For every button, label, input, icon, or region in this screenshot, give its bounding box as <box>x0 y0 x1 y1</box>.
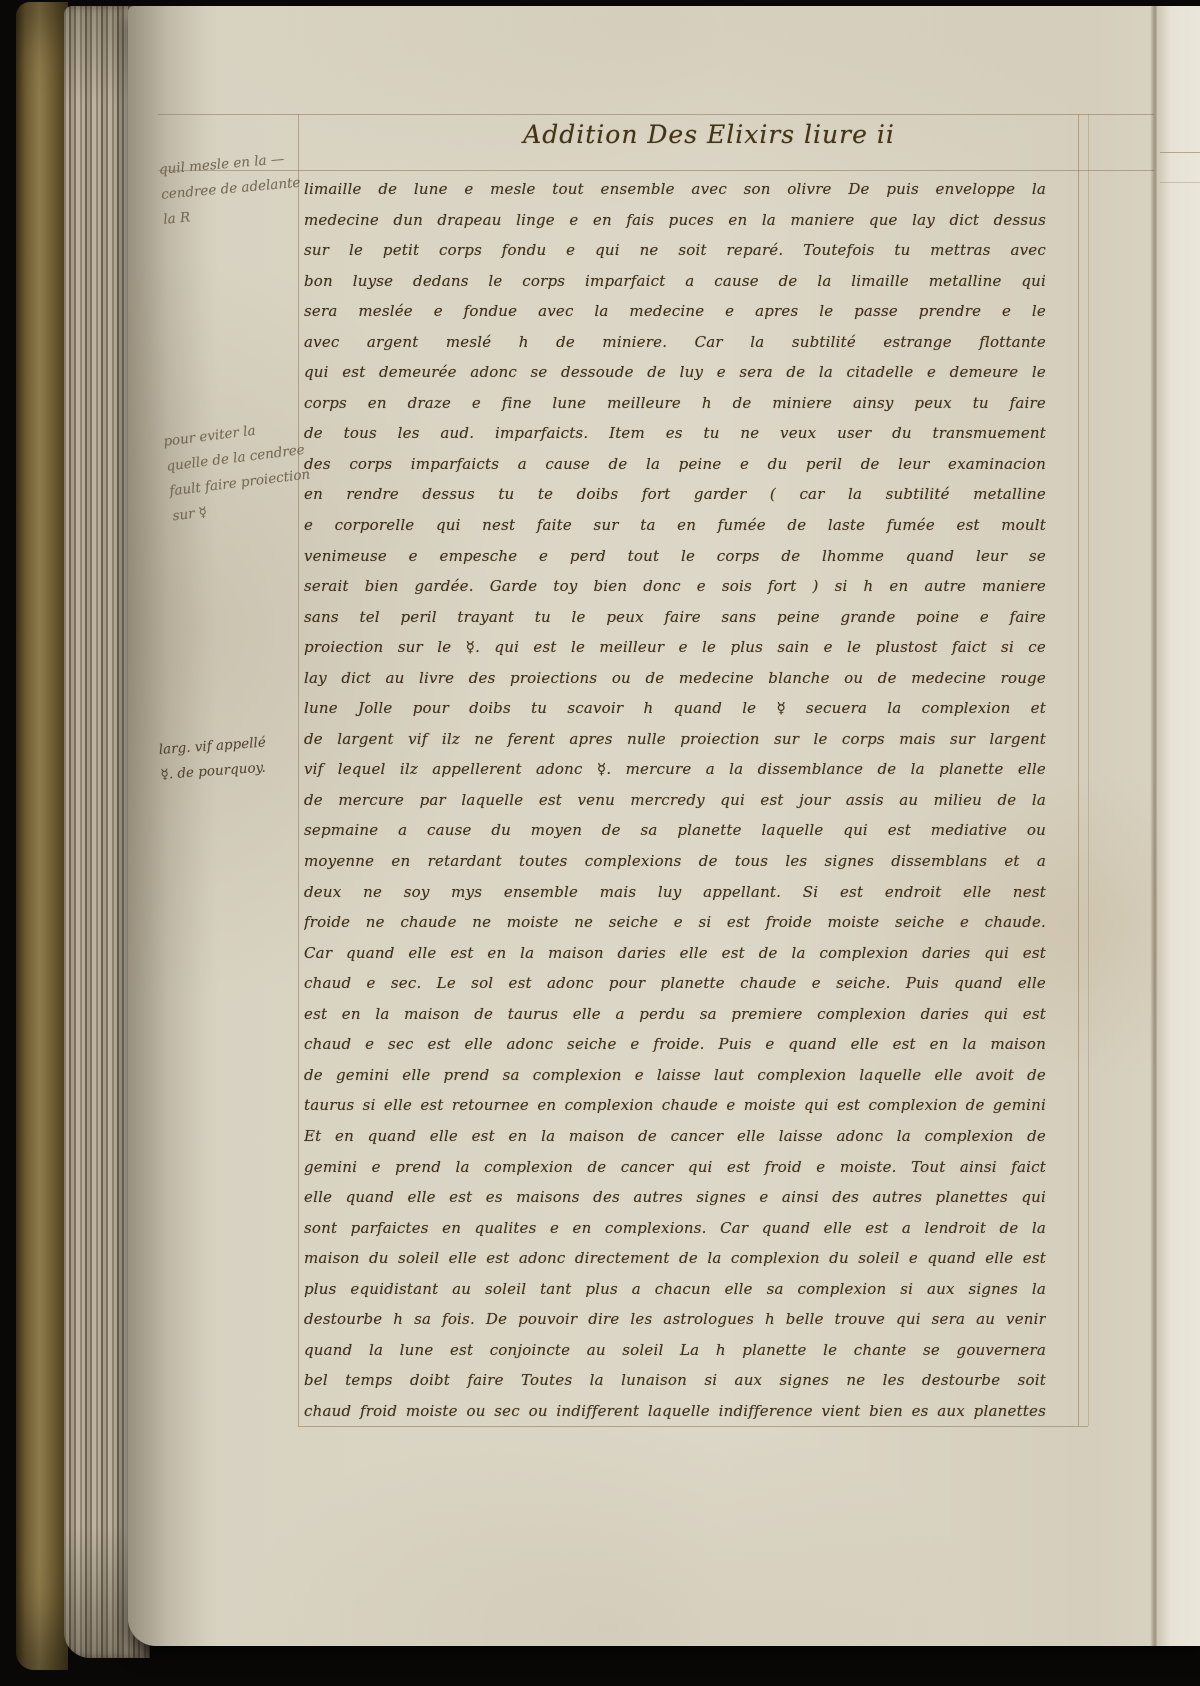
manuscript-line: taurus si elle est retournee en complexi… <box>304 1090 1046 1121</box>
page-header-title: Addition Des Elixirs liure ii <box>303 120 1045 170</box>
manuscript-line: sur le petit corps fondu e qui ne soit r… <box>304 235 1046 266</box>
manuscript-line: sont parfaictes en qualites e en complex… <box>304 1213 1046 1244</box>
main-text-block: limaille de lune e mesle tout ensemble a… <box>304 174 1046 1426</box>
manuscript-line: sera meslée e fondue avec la medecine e … <box>304 296 1046 327</box>
margin-annotation-3: larg. vif appellé☿. de pourquoy. <box>158 731 268 788</box>
manuscript-line: chaud e sec. Le sol est adonc pour plane… <box>304 968 1046 999</box>
manuscript-line: medecine dun drapeau linge e en fais puc… <box>304 205 1046 236</box>
facing-page-rule-header <box>1160 182 1200 183</box>
manuscript-line: maison du soleil elle est adonc directem… <box>304 1243 1046 1274</box>
manuscript-line: lay dict au livre des proiections ou de … <box>304 663 1046 694</box>
manuscript-line: corps en draze e fine lune meilleure h d… <box>304 388 1046 419</box>
ruled-line-header <box>158 170 1154 171</box>
margin-annotation-2: pour eviter laquelle de la cendreefault … <box>162 413 315 530</box>
ruled-line-right-outer <box>1088 114 1089 1426</box>
manuscript-line: bel temps doibt faire Toutes la lunaison… <box>304 1365 1046 1396</box>
page-crease <box>1150 6 1158 1646</box>
manuscript-line: des corps imparfaicts a cause de la pein… <box>304 449 1046 480</box>
manuscript-line: plus equidistant au soleil tant plus a c… <box>304 1274 1046 1305</box>
manuscript-line: bon luyse dedans le corps imparfaict a c… <box>304 266 1046 297</box>
vellum-binding-edge <box>16 2 68 1670</box>
manuscript-line: deux ne soy mys ensemble mais luy appell… <box>304 877 1046 908</box>
manuscript-line: Car quand elle est en la maison daries e… <box>304 938 1046 969</box>
manuscript-line: chaud e sec est elle adonc seiche e froi… <box>304 1029 1046 1060</box>
photo-backdrop: Addition Des Elixirs liure ii quil mesle… <box>0 0 1200 1686</box>
manuscript-line: moyenne en retardant toutes complexions … <box>304 846 1046 877</box>
gutter-shadow <box>128 6 218 1646</box>
ruled-line-left-margin <box>298 114 299 1426</box>
manuscript-line: de gemini elle prend sa complexion e lai… <box>304 1060 1046 1091</box>
margin-annotation-1: quil mesle en la —cendree de adelantela … <box>158 146 304 233</box>
manuscript-line: de tous les aud. imparfaicts. Item es tu… <box>304 418 1046 449</box>
facing-page-rule-top <box>1160 152 1200 153</box>
manuscript-line: serait bien gardée. Garde toy bien donc … <box>304 571 1046 602</box>
manuscript-line: gemini e prend la complexion de cancer q… <box>304 1152 1046 1183</box>
manuscript-line: Et en quand elle est en la maison de can… <box>304 1121 1046 1152</box>
ruled-line-right-inner <box>1078 114 1079 1426</box>
manuscript-line: de largent vif ilz ne ferent apres nulle… <box>304 724 1046 755</box>
manuscript-line: froide ne chaude ne moiste ne seiche e s… <box>304 907 1046 938</box>
ruled-line-top <box>158 114 1154 115</box>
manuscript-line: avec argent meslé h de miniere. Car la s… <box>304 327 1046 358</box>
manuscript-line: venimeuse e empesche e perd tout le corp… <box>304 541 1046 572</box>
manuscript-line: est en la maison de taurus elle a perdu … <box>304 999 1046 1030</box>
manuscript-line: elle quand elle est es maisons des autre… <box>304 1182 1046 1213</box>
manuscript-line: lune Jolle pour doibs tu scavoir h quand… <box>304 693 1046 724</box>
manuscript-line: e corporelle qui nest faite sur ta en fu… <box>304 510 1046 541</box>
manuscript-line: destourbe h sa fois. De pouvoir dire les… <box>304 1304 1046 1335</box>
manuscript-line: qui est demeurée adonc se dessoude de lu… <box>304 357 1046 388</box>
manuscript-line: proiection sur le ☿. qui est le meilleur… <box>304 632 1046 663</box>
manuscript-page: Addition Des Elixirs liure ii quil mesle… <box>128 6 1200 1646</box>
manuscript-line: quand la lune est conjoincte au soleil L… <box>304 1335 1046 1366</box>
facing-page-edge <box>1158 6 1200 1646</box>
manuscript-line: chaud froid moiste ou sec ou indifferent… <box>304 1396 1046 1427</box>
manuscript-line: limaille de lune e mesle tout ensemble a… <box>304 174 1046 205</box>
manuscript-line: sepmaine a cause du moyen de sa planette… <box>304 815 1046 846</box>
manuscript-line: vif lequel ilz appellerent adonc ☿. merc… <box>304 754 1046 785</box>
manuscript-line: en rendre dessus tu te doibs fort garder… <box>304 479 1046 510</box>
manuscript-line: de mercure par laquelle est venu mercred… <box>304 785 1046 816</box>
manuscript-line: sans tel peril trayant tu le peux faire … <box>304 602 1046 633</box>
